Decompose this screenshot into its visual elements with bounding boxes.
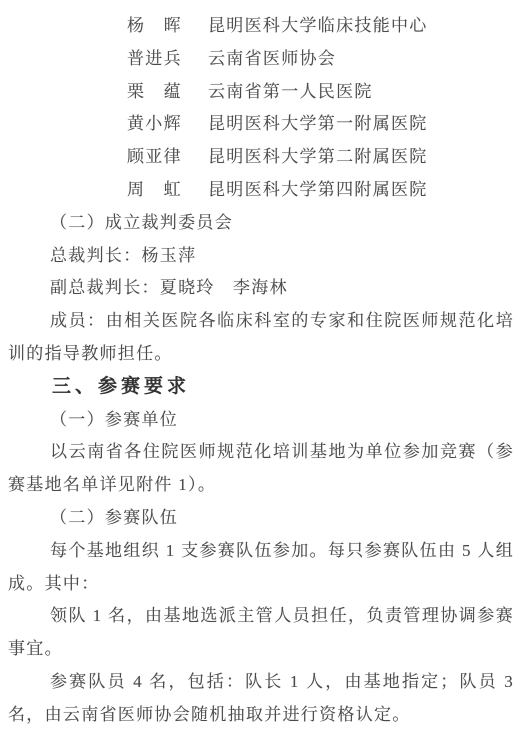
judge-organization: 昆明医科大学第四附属医院: [208, 174, 428, 207]
roster-row: 顾亚律 昆明医科大学第二附属医院: [8, 141, 514, 174]
roster-row: 普进兵 云南省医师协会: [8, 43, 514, 76]
judge-name: 黄小辉: [127, 108, 208, 141]
requirements-section-heading: 三、参赛要求: [8, 371, 514, 404]
judge-name: 栗 蕴: [127, 76, 208, 109]
judges-roster: 杨 晖 昆明医科大学临床技能中心 普进兵 云南省医师协会 栗 蕴 云南省第一人民…: [8, 10, 514, 207]
judge-organization: 云南省医师协会: [208, 43, 336, 76]
team-paragraph-members: 参赛队员 4 名，包括：队长 1 人，由基地指定；队员 3 名，由云南省医师协会…: [8, 666, 514, 732]
team-paragraph-leader: 领队 1 名，由基地选派主管人员担任，负责管理协调参赛事宜。: [8, 600, 514, 666]
team-paragraph-size: 每个基地组织 1 支参赛队伍参加。每只参赛队伍由 5 人组成。其中：: [8, 535, 514, 601]
judge-organization: 昆明医科大学第一附属医院: [208, 108, 428, 141]
roster-row: 杨 晖 昆明医科大学临床技能中心: [8, 10, 514, 43]
team-subsection-heading: （二）参赛队伍: [8, 502, 514, 535]
judge-organization: 云南省第一人民医院: [208, 76, 373, 109]
judge-name: 周 虹: [127, 174, 208, 207]
judge-organization: 昆明医科大学第二附属医院: [208, 141, 428, 174]
chief-judge-line: 总裁判长：杨玉萍: [8, 240, 514, 273]
judge-name: 顾亚律: [127, 141, 208, 174]
document-page: 杨 晖 昆明医科大学临床技能中心 普进兵 云南省医师协会 栗 蕴 云南省第一人民…: [0, 0, 524, 748]
judge-name: 普进兵: [127, 43, 208, 76]
roster-row: 周 虹 昆明医科大学第四附属医院: [8, 174, 514, 207]
roster-row: 黄小辉 昆明医科大学第一附属医院: [8, 108, 514, 141]
committee-subsection-heading: （二）成立裁判委员会: [8, 207, 514, 240]
deputy-chief-judge-line: 副总裁判长：夏晓玲 李海林: [8, 272, 514, 305]
unit-paragraph: 以云南省各住院医师规范化培训基地为单位参加竞赛（参赛基地名单详见附件 1）。: [8, 436, 514, 502]
unit-subsection-heading: （一）参赛单位: [8, 404, 514, 437]
committee-members-paragraph: 成员：由相关医院各临床科室的专家和住院医师规范化培训的指导教师担任。: [8, 305, 514, 371]
judge-organization: 昆明医科大学临床技能中心: [208, 10, 428, 43]
judge-name: 杨 晖: [127, 10, 208, 43]
roster-row: 栗 蕴 云南省第一人民医院: [8, 76, 514, 109]
